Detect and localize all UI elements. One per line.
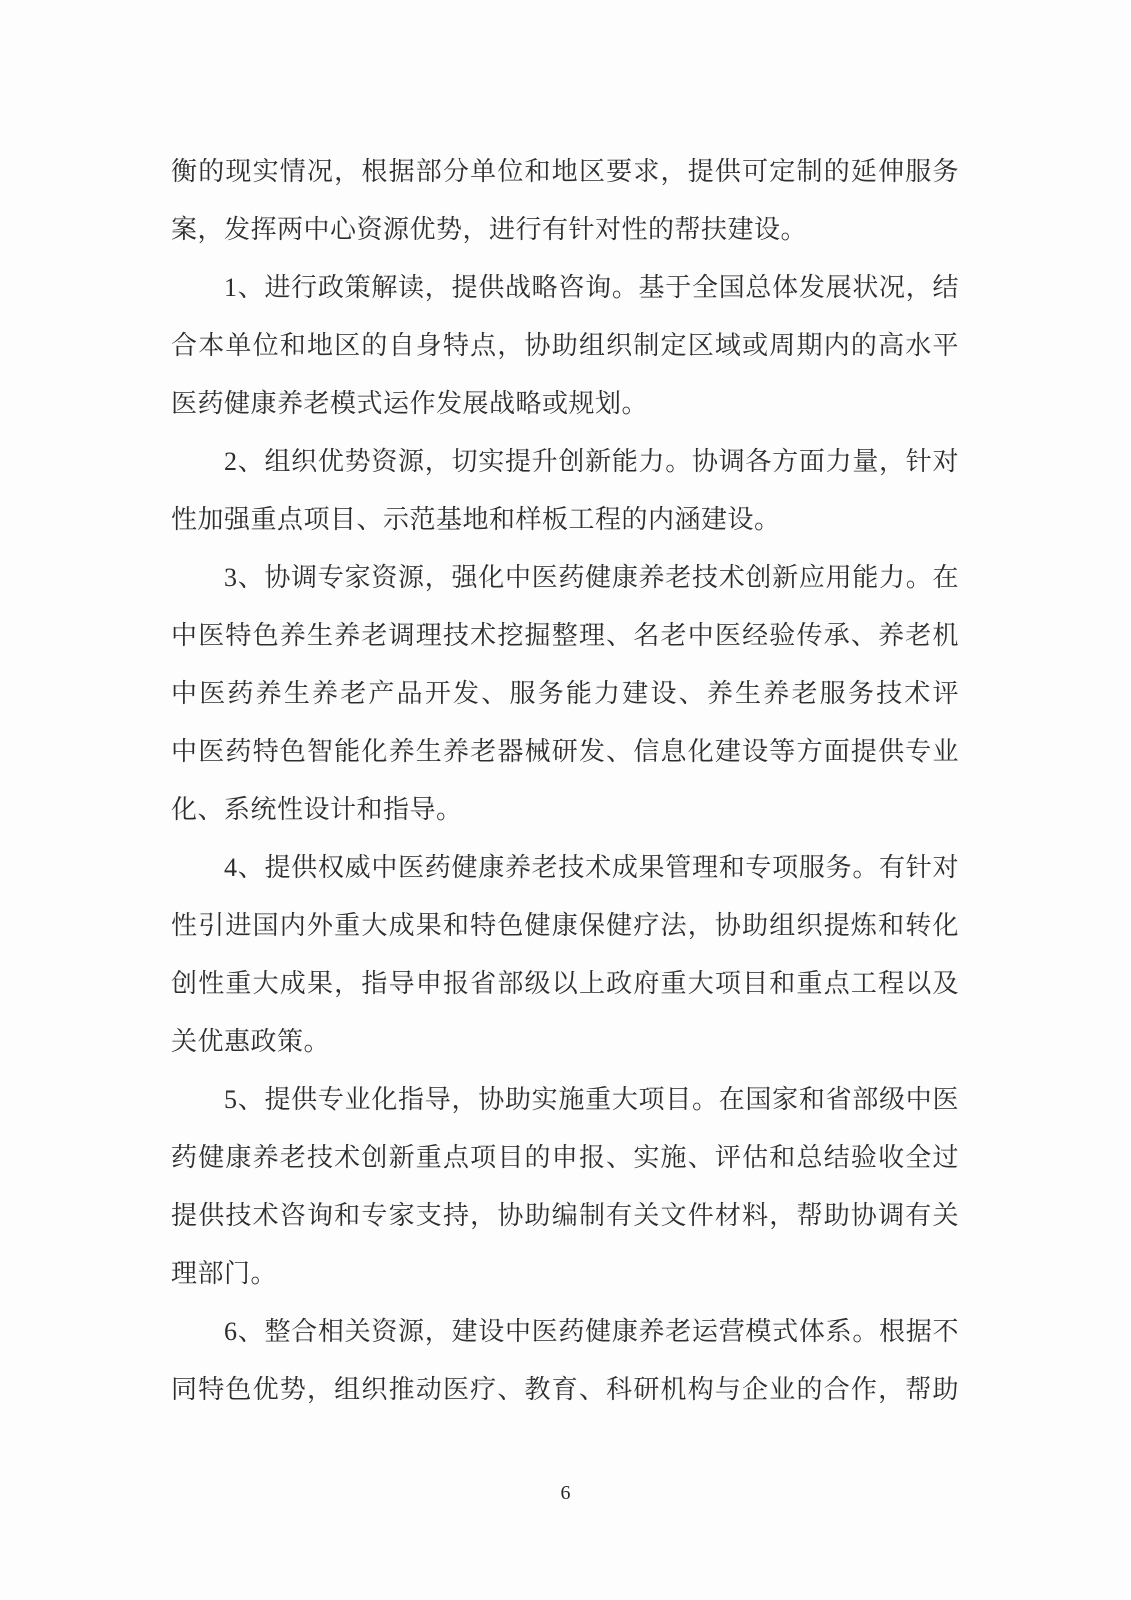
document-page: 衡的现实情况，根据部分单位和地区要求，提供可定制的延伸服务方 案，发挥两中心资源… xyxy=(0,0,1131,1600)
text-line: 衡的现实情况，根据部分单位和地区要求，提供可定制的延伸服务方 xyxy=(171,143,959,201)
text-line: 4、提供权威中医药健康养老技术成果管理和专项服务。有针对 xyxy=(171,839,959,897)
text-line: 案，发挥两中心资源优势，进行有针对性的帮扶建设。 xyxy=(171,201,959,259)
text-line: 化、系统性设计和指导。 xyxy=(171,781,959,839)
text-line: 1、进行政策解读，提供战略咨询。基于全国总体发展状况，结 xyxy=(171,259,959,317)
text-line: 合本单位和地区的自身特点，协助组织制定区域或周期内的高水平中 xyxy=(171,317,959,375)
document-body: 衡的现实情况，根据部分单位和地区要求，提供可定制的延伸服务方 案，发挥两中心资源… xyxy=(171,143,959,1419)
text-line: 理部门。 xyxy=(171,1245,959,1303)
text-line: 医药健康养老模式运作发展战略或规划。 xyxy=(171,375,959,433)
text-line: 关优惠政策。 xyxy=(171,1013,959,1071)
text-line: 3、协调专家资源，强化中医药健康养老技术创新应用能力。在 xyxy=(171,549,959,607)
text-line: 中医药特色智能化养生养老器械研发、信息化建设等方面提供专业 xyxy=(171,723,959,781)
text-line: 性加强重点项目、示范基地和样板工程的内涵建设。 xyxy=(171,491,959,549)
text-line: 提供技术咨询和专家支持，协助编制有关文件材料，帮助协调有关管 xyxy=(171,1187,959,1245)
text-line: 性引进国内外重大成果和特色健康保健疗法，协助组织提炼和转化原 xyxy=(171,897,959,955)
text-line: 6、整合相关资源，建设中医药健康养老运营模式体系。根据不 xyxy=(171,1303,959,1361)
text-line: 5、提供专业化指导，协助实施重大项目。在国家和省部级中医 xyxy=(171,1071,959,1129)
text-line: 同特色优势，组织推动医疗、教育、科研机构与企业的合作，帮助建 xyxy=(171,1361,959,1419)
text-line: 药健康养老技术创新重点项目的申报、实施、评估和总结验收全过程， xyxy=(171,1129,959,1187)
text-line: 2、组织优势资源，切实提升创新能力。协调各方面力量，针对 xyxy=(171,433,959,491)
text-line: 中医特色养生养老调理技术挖掘整理、名老中医经验传承、养老机构 xyxy=(171,607,959,665)
text-line: 创性重大成果，指导申报省部级以上政府重大项目和重点工程以及相 xyxy=(171,955,959,1013)
text-line: 中医药养生养老产品开发、服务能力建设、养生养老服务技术评价、 xyxy=(171,665,959,723)
page-number: 6 xyxy=(0,1480,1131,1506)
